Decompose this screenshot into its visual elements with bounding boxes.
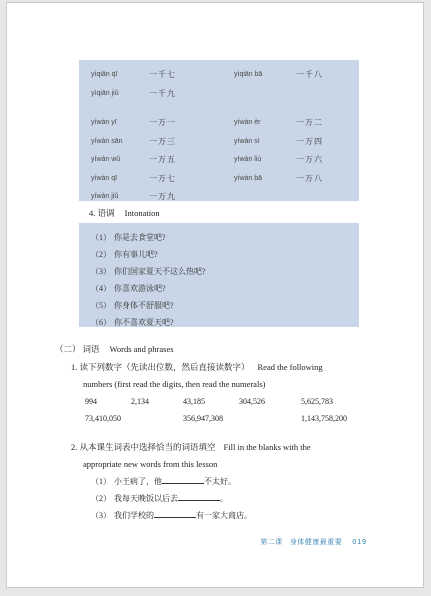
fill-blank-item: （2）我每天晚饭以后去。 <box>91 490 385 507</box>
number-value: 5,625,783 <box>301 393 333 410</box>
question-text: 你身体不舒服吧? <box>114 301 174 310</box>
heading-english: Words and phrases <box>110 344 174 354</box>
pinyin-cell: yìqiān bā <box>234 66 296 85</box>
list-item: （6）你不喜欢夏天吧? <box>91 314 359 331</box>
hanzi-cell: 一万三 <box>149 133 234 152</box>
sentence-before-blank: 我们学校的 <box>114 511 154 520</box>
pinyin-cell: yíwàn bā <box>234 170 296 189</box>
sentence-after-blank: 不太好。 <box>204 477 236 486</box>
pinyin-cell: yíwàn qī <box>91 170 149 189</box>
exercise1-instruction: 1. 读下列数字（先读出位数，然后直接读数字）Read the followin… <box>71 359 385 376</box>
pinyin-cell: yíwàn sān <box>91 133 149 152</box>
sentence-after-blank: 有一家大商店。 <box>196 511 252 520</box>
pinyin-cell: yíwàn èr <box>234 114 296 133</box>
hanzi-cell: 一千八 <box>296 66 323 85</box>
number-value: 1,143,758,200 <box>301 410 347 427</box>
item-number: （5） <box>91 301 111 310</box>
question-text: 你是去食堂吧? <box>114 233 166 242</box>
hanzi-cell: 一千九 <box>149 85 234 104</box>
lesson-title: 身体健康最重要 <box>290 539 343 546</box>
list-item: （4）你喜欢游泳吧? <box>91 280 359 297</box>
sentence-after-blank: 。 <box>220 494 228 503</box>
question-text: 你们国家夏天不这么热吧? <box>114 267 206 276</box>
exercise2-instruction: 2. 从本课生词表中选择恰当的词语填空Fill in the blanks wi… <box>71 439 385 456</box>
exercise-number: 1. <box>71 362 77 372</box>
number-value: 43,185 <box>183 393 239 410</box>
fill-blank-line <box>178 491 220 501</box>
fill-blank-item: （3）我们学校的有一家大商店。 <box>91 507 385 524</box>
question-text: 你有事儿吧? <box>114 250 158 259</box>
numbers-row: 9942,13443,185304,5265,625,783 <box>85 393 385 410</box>
pinyin-cell: yìqiān qī <box>91 66 149 85</box>
pinyin-cell: yíwàn wǔ <box>91 151 149 170</box>
intonation-heading: 4. 语调 Intonation <box>89 207 160 219</box>
exercise2-block: 2. 从本课生词表中选择恰当的词语填空Fill in the blanks wi… <box>55 439 385 524</box>
numbers-row: 73,410,050356,947,3081,143,758,200 <box>85 410 385 427</box>
heading-number: （二） <box>55 344 81 354</box>
fill-blank-line <box>162 474 204 484</box>
sentence-before-blank: 小王病了，他 <box>114 477 162 486</box>
table-row: yíwàn yī一万一yíwàn èr一万二 <box>91 114 359 133</box>
hanzi-cell: 一万四 <box>296 133 323 152</box>
heading-chinese: 词语 <box>83 344 100 354</box>
list-item: （2）你有事儿吧? <box>91 246 359 263</box>
item-number: （4） <box>91 284 111 293</box>
number-value: 73,410,050 <box>85 410 183 427</box>
words-and-phrases-section: （二）词语Words and phrases 1. 读下列数字（先读出位数，然后… <box>55 341 385 524</box>
instruction-english: Read the following <box>258 362 323 372</box>
hanzi-cell: 一千七 <box>149 66 234 85</box>
sentence-before-blank: 我每天晚饭以后去 <box>114 494 178 503</box>
hanzi-cell: 一万六 <box>296 151 323 170</box>
pinyin-cell: yíwàn sì <box>234 133 296 152</box>
hanzi-cell: 一万七 <box>149 170 234 189</box>
table-spacer <box>91 103 359 114</box>
question-text: 你不喜欢夏天吧? <box>114 318 174 327</box>
item-number: （2） <box>91 494 111 503</box>
number-vocab-table: yìqiān qī一千七yìqiān bā一千八 yìqiān jiǔ一千九 y… <box>79 60 359 201</box>
pinyin-cell: yìqiān jiǔ <box>91 85 149 104</box>
hanzi-cell: 一万八 <box>296 170 323 189</box>
page-footer: 第二课身体健康最重要019 <box>260 537 367 547</box>
item-number: （1） <box>91 233 111 242</box>
question-text: 你喜欢游泳吧? <box>114 284 166 293</box>
table-row: yìqiān jiǔ一千九 <box>91 85 359 104</box>
instruction-chinese: 从本课生词表中选择恰当的词语填空 <box>80 442 216 452</box>
section-heading: （二）词语Words and phrases <box>55 341 385 358</box>
instruction-english: Fill in the blanks with the <box>224 442 311 452</box>
table-row: yíwàn wǔ一万五yíwàn liù一万六 <box>91 151 359 170</box>
heading-number: 4. <box>89 208 95 218</box>
hanzi-cell: 一万五 <box>149 151 234 170</box>
item-number: （3） <box>91 267 111 276</box>
pinyin-cell: yíwàn liù <box>234 151 296 170</box>
pinyin-cell: yíwàn yī <box>91 114 149 133</box>
item-number: （3） <box>91 511 111 520</box>
item-number: （6） <box>91 318 111 327</box>
number-value: 356,947,308 <box>183 410 301 427</box>
hanzi-cell: 一万九 <box>149 188 234 207</box>
number-value: 304,526 <box>239 393 301 410</box>
list-item: （1）你是去食堂吧? <box>91 229 359 246</box>
textbook-page: yìqiān qī一千七yìqiān bā一千八 yìqiān jiǔ一千九 y… <box>6 2 424 588</box>
fill-blank-line <box>154 508 196 518</box>
lesson-label: 第二课 <box>260 539 283 546</box>
fill-blank-item: （1）小王病了，他不太好。 <box>91 473 385 490</box>
item-number: （1） <box>91 477 111 486</box>
list-item: （3）你们国家夏天不这么热吧? <box>91 263 359 280</box>
exercise-number: 2. <box>71 442 77 452</box>
exercise1-instruction-cont: numbers (first read the digits, then rea… <box>83 376 385 393</box>
hanzi-cell: 一万二 <box>296 114 323 133</box>
exercise2-instruction-cont: appropriate new words from this lesson <box>83 456 385 473</box>
intonation-question-box: （1）你是去食堂吧? （2）你有事儿吧? （3）你们国家夏天不这么热吧? （4）… <box>79 223 359 327</box>
list-item: （5）你身体不舒服吧? <box>91 297 359 314</box>
table-row: yíwàn jiǔ一万九 <box>91 188 359 207</box>
table-row: yíwàn sān一万三yíwàn sì一万四 <box>91 133 359 152</box>
instruction-chinese: 读下列数字（先读出位数，然后直接读数字） <box>80 362 250 372</box>
number-value: 994 <box>85 393 131 410</box>
number-value: 2,134 <box>131 393 183 410</box>
page-number: 019 <box>352 539 367 546</box>
pinyin-cell: yíwàn jiǔ <box>91 188 149 207</box>
hanzi-cell: 一万一 <box>149 114 234 133</box>
table-row: yìqiān qī一千七yìqiān bā一千八 <box>91 66 359 85</box>
heading-english: Intonation <box>125 208 160 218</box>
item-number: （2） <box>91 250 111 259</box>
heading-chinese: 语调 <box>98 208 115 218</box>
table-row: yíwàn qī一万七yíwàn bā一万八 <box>91 170 359 189</box>
